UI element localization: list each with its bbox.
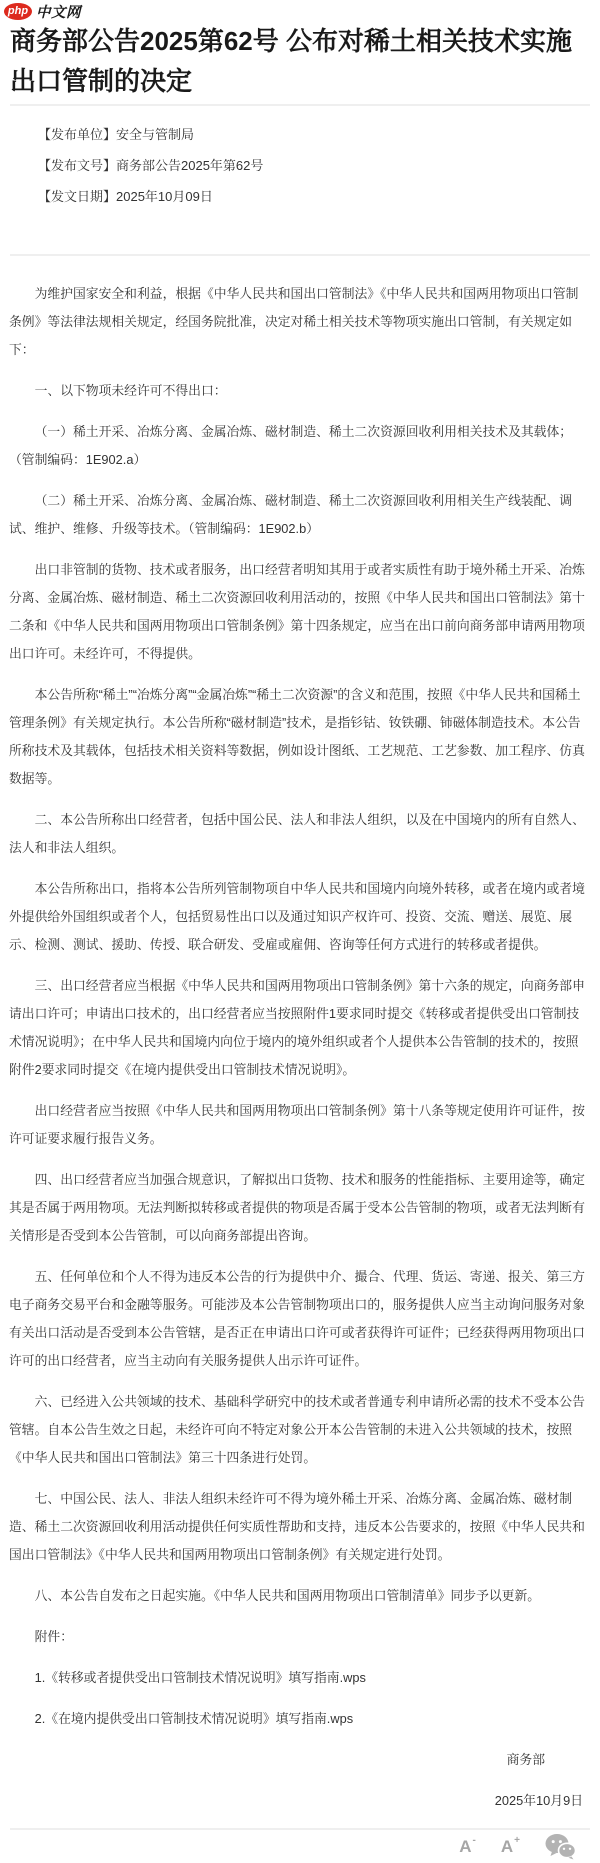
body-paragraph: 三、出口经营者应当根据《中华人民共和国两用物项出口管制条例》第十六条的规定，向商… xyxy=(9,972,587,1084)
font-decrease-button[interactable]: A- xyxy=(459,1838,475,1855)
body-paragraph: 六、已经进入公共领域的技术、基础科学研究中的技术或者普通专利申请所必需的技术不受… xyxy=(9,1388,587,1472)
article-body: 为维护国家安全和利益，根据《中华人民共和国出口管制法》《中华人民共和国两用物项出… xyxy=(0,256,600,1815)
body-paragraph: （二）稀土开采、冶炼分离、金属冶炼、磁材制造、稀土二次资源回收利用相关生产线装配… xyxy=(9,487,587,543)
body-paragraph: 二、本公告所称出口经营者，包括中国公民、法人和非法人组织，以及在中国境内的所有自… xyxy=(9,806,587,862)
site-logo[interactable]: php 中文网 xyxy=(4,2,600,20)
meta-document-number: 【发布文号】商务部公告2025年第62号 xyxy=(38,150,600,181)
page-title: 商务部公告2025第62号 公布对稀土相关技术实施出口管制的决定 xyxy=(0,21,600,101)
site-logo-text: 中文网 xyxy=(36,1,81,22)
body-paragraph: 为维护国家安全和利益，根据《中华人民共和国出口管制法》《中华人民共和国两用物项出… xyxy=(9,280,587,364)
article-page: php 中文网 商务部公告2025第62号 公布对稀土相关技术实施出口管制的决定… xyxy=(0,2,600,1863)
signature: 商务部 xyxy=(9,1746,587,1774)
body-paragraph: 八、本公告自发布之日起实施。《中华人民共和国两用物项出口管制清单》同步予以更新。 xyxy=(9,1582,587,1610)
body-paragraph: 七、中国公民、法人、非法人组织未经许可不得为境外稀土开采、冶炼分离、金属冶炼、磁… xyxy=(9,1485,587,1569)
attachment-link[interactable]: 2.《在境内提供受出口管制技术情况说明》填写指南.wps xyxy=(9,1705,587,1733)
signature-date: 2025年10月9日 xyxy=(9,1787,587,1815)
body-paragraph: 四、出口经营者应当加强合规意识，了解拟出口货物、技术和服务的性能指标、主要用途等… xyxy=(9,1166,587,1250)
attachment-link[interactable]: 1.《转移或者提供受出口管制技术情况说明》填写指南.wps xyxy=(9,1664,587,1692)
article-meta: 【发布单位】安全与管制局 【发布文号】商务部公告2025年第62号 【发文日期】… xyxy=(0,106,600,212)
body-paragraph: 出口非管制的货物、技术或者服务，出口经营者明知其用于或者实质性有助于境外稀土开采… xyxy=(9,556,587,668)
wechat-share-icon[interactable] xyxy=(545,1833,576,1860)
body-paragraph: 出口经营者应当按照《中华人民共和国两用物项出口管制条例》第十八条等规定使用许可证… xyxy=(9,1097,587,1153)
attachments-heading: 附件： xyxy=(9,1623,587,1651)
font-increase-button[interactable]: A+ xyxy=(501,1838,519,1855)
body-paragraph: 本公告所称出口，指将本公告所列管制物项自中华人民共和国境内向境外转移，或者在境内… xyxy=(9,875,587,959)
meta-issue-date: 【发文日期】2025年10月09日 xyxy=(38,181,600,212)
body-paragraph: 一、以下物项未经许可不得出口： xyxy=(9,377,587,405)
footer-toolbar: A- A+ xyxy=(0,1830,600,1863)
body-paragraph: 本公告所称“稀土”“冶炼分离”“金属冶炼”“稀土二次资源”的含义和范围，按照《中… xyxy=(9,681,587,793)
meta-issuing-unit: 【发布单位】安全与管制局 xyxy=(38,119,600,150)
body-paragraph: 五、任何单位和个人不得为违反本公告的行为提供中介、撮合、代理、货运、寄递、报关、… xyxy=(9,1263,587,1375)
php-logo-icon: php xyxy=(4,3,32,20)
body-paragraph: （一）稀土开采、冶炼分离、金属冶炼、磁材制造、稀土二次资源回收利用相关技术及其载… xyxy=(9,418,587,474)
